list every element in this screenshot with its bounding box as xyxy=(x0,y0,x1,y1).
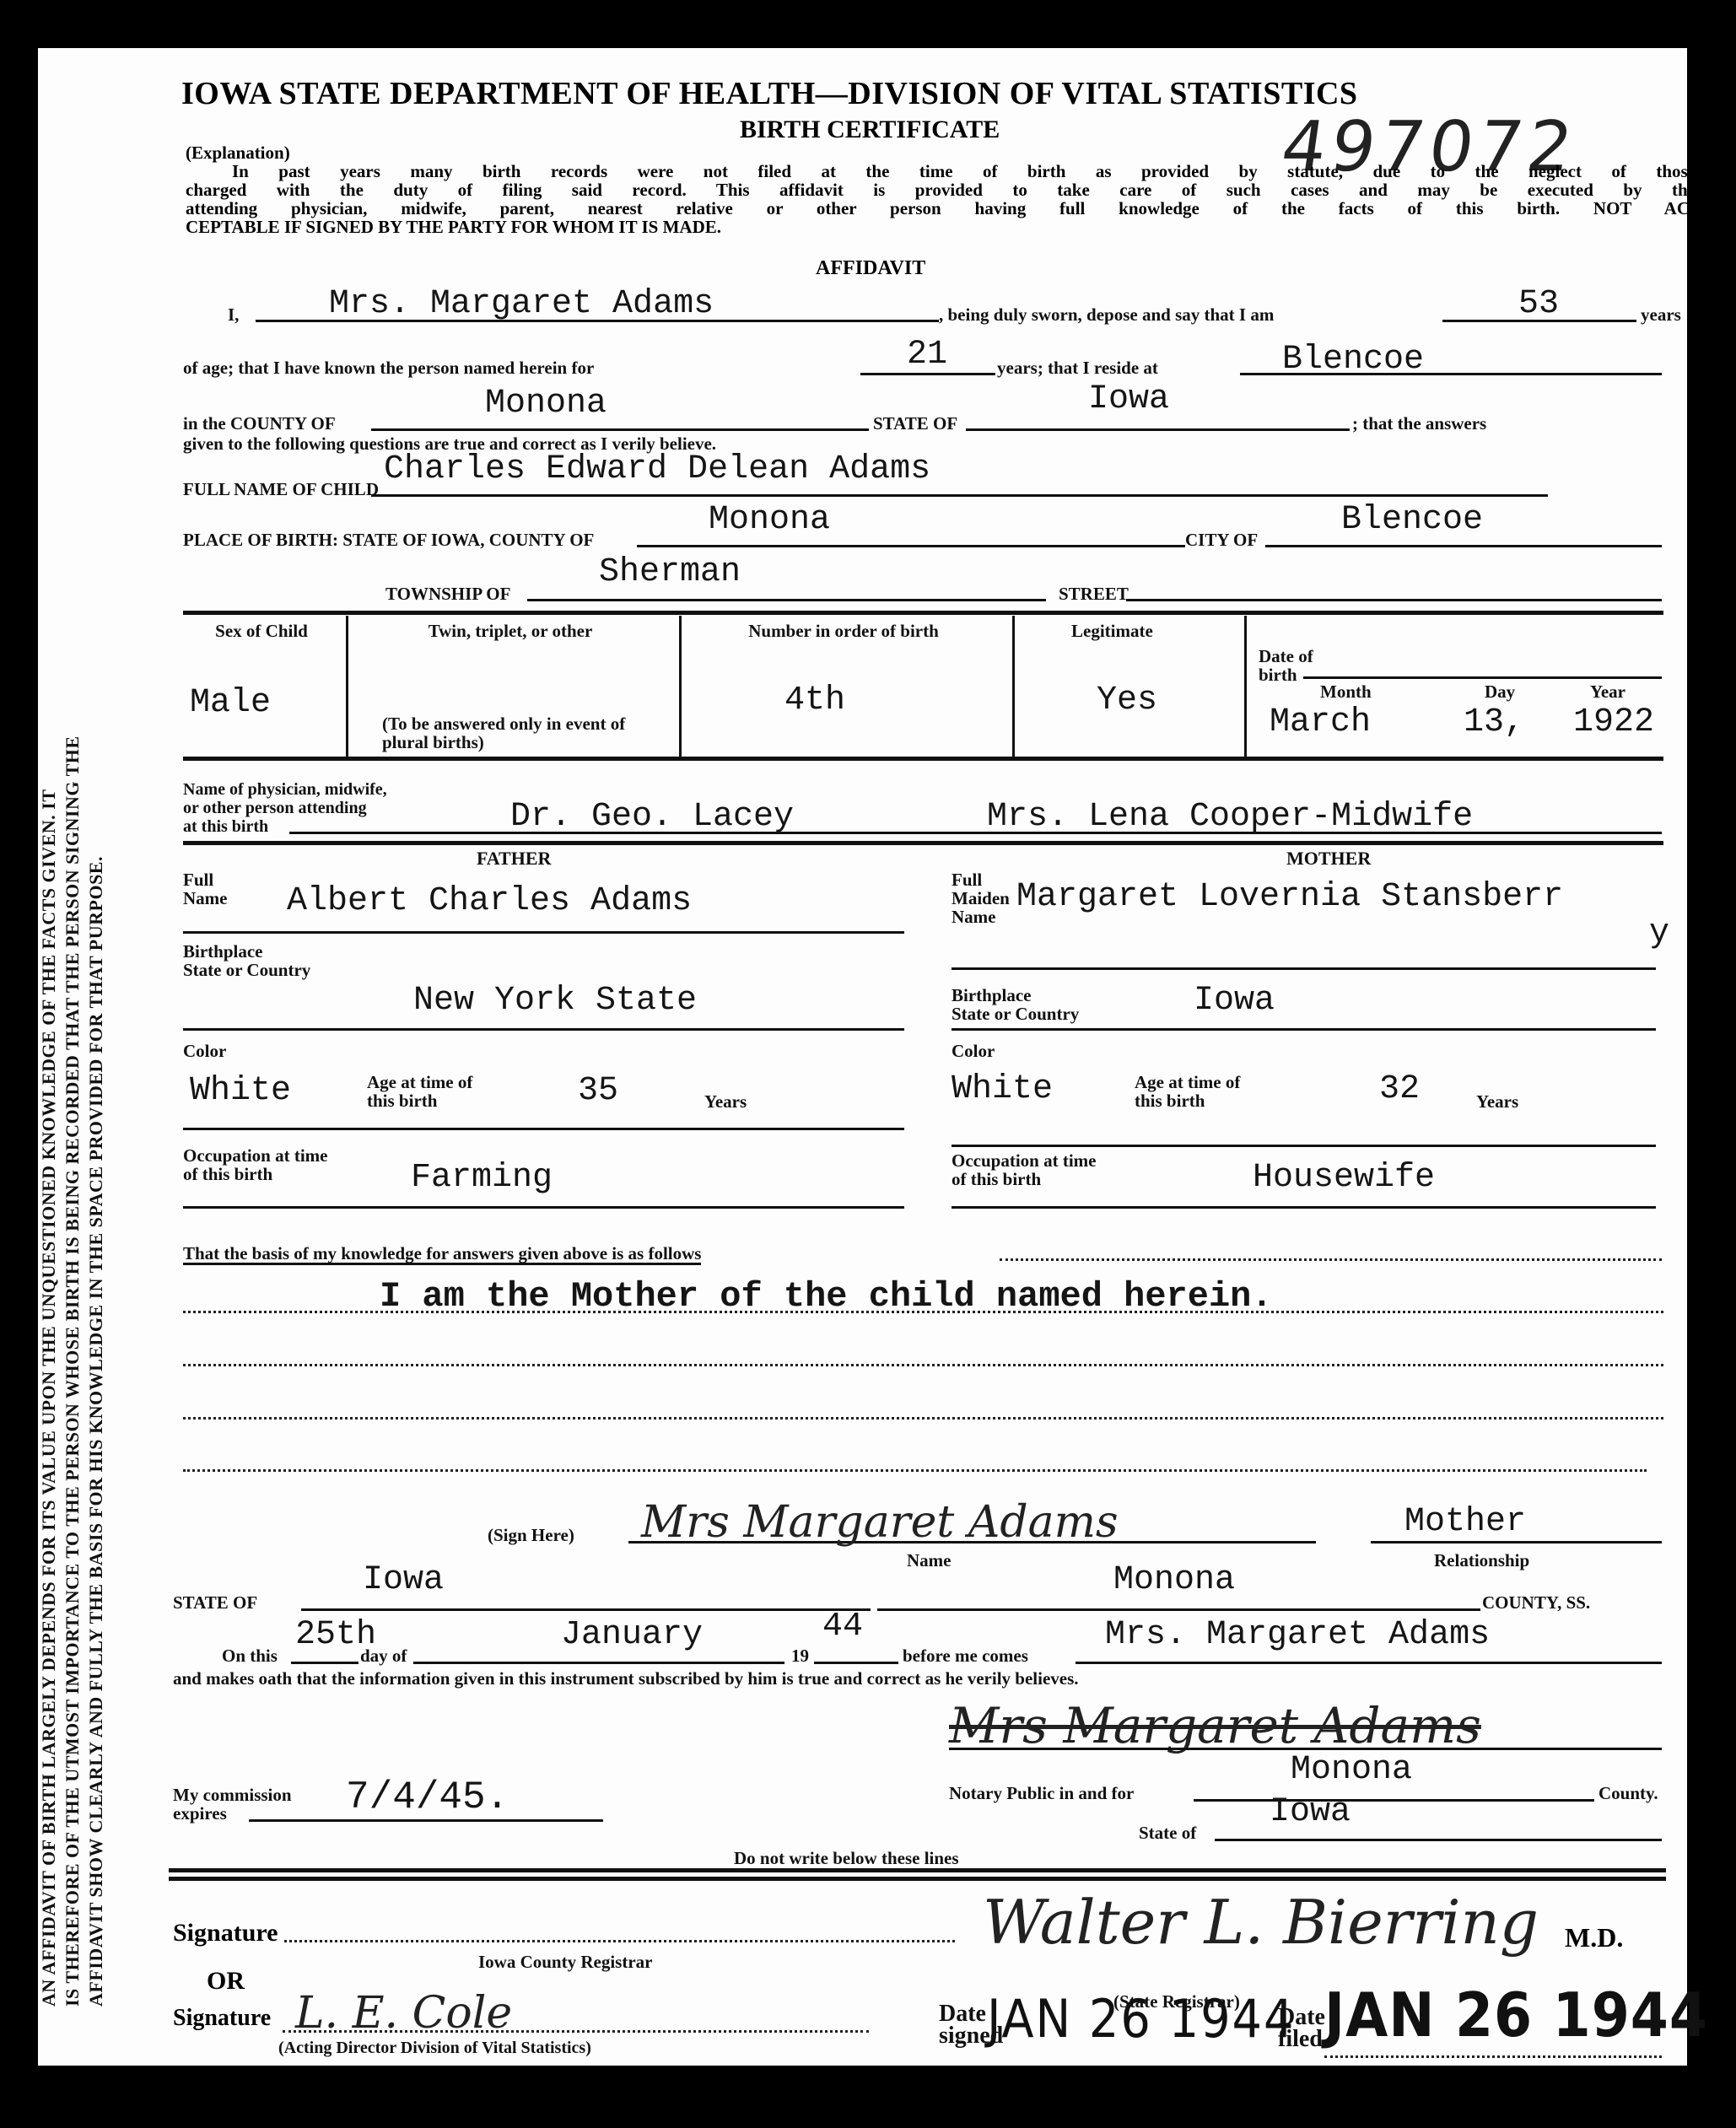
county-registrar-line xyxy=(284,1940,955,1942)
mother-occupation-line xyxy=(952,1206,1656,1209)
legitimate-field[interactable]: Yes xyxy=(1097,682,1157,719)
father-birthplace-field[interactable]: New York State xyxy=(413,983,697,1020)
residence-field[interactable]: Blencoe xyxy=(1282,342,1424,379)
father-name-field[interactable]: Albert Charles Adams xyxy=(287,883,692,920)
notary-month-field[interactable]: January xyxy=(561,1617,703,1654)
plural-note: (To be answered only in event of plural … xyxy=(382,714,660,752)
relationship-field[interactable]: Mother xyxy=(1404,1504,1526,1541)
before-me-label: before me comes xyxy=(903,1646,1028,1665)
city-line xyxy=(1265,545,1662,547)
birth-certificate-page: AN AFFIDAVIT OF BIRTH LARGELY DEPENDS FO… xyxy=(38,48,1687,2066)
table-bottom-border xyxy=(183,757,1663,761)
county-registrar-label: Iowa County Registrar xyxy=(478,1953,652,1971)
date-of-birth-line xyxy=(1303,676,1662,679)
affidavit-heading: AFFIDAVIT xyxy=(816,257,925,280)
answers-text: ; that the answers xyxy=(1352,414,1486,433)
father-age-field[interactable]: 35 xyxy=(578,1073,618,1110)
registrar-divider-2 xyxy=(169,1877,1666,1881)
reside-text: years; that I reside at xyxy=(997,358,1158,377)
notary-for-label: Notary Public in and for xyxy=(949,1784,1134,1802)
place-of-birth-label: PLACE OF BIRTH: STATE OF IOWA, COUNTY OF xyxy=(183,531,594,549)
father-color-label: Color xyxy=(183,1042,226,1060)
county-ss-label: COUNTY, SS. xyxy=(1482,1593,1590,1612)
township-field[interactable]: Sherman xyxy=(599,554,741,591)
month-field[interactable]: March xyxy=(1270,704,1371,741)
township-line xyxy=(527,599,1046,601)
mother-age-field[interactable]: 32 xyxy=(1379,1071,1420,1108)
page-title: IOWA STATE DEPARTMENT OF HEALTH—DIVISION… xyxy=(181,75,1358,112)
notary-county-field[interactable]: Monona xyxy=(1113,1562,1235,1599)
side-note-line-1: AN AFFIDAVIT OF BIRTH LARGELY DEPENDS FO… xyxy=(38,789,60,2007)
mother-years-label: Years xyxy=(1476,1092,1518,1111)
day-field[interactable]: 13, xyxy=(1464,704,1524,741)
notary-year-field[interactable]: 44 xyxy=(822,1608,863,1646)
years-known-field[interactable]: 21 xyxy=(907,337,947,374)
legitimate-label: Legitimate xyxy=(1071,622,1153,640)
date-filed-stamp: JAN 26 1944 xyxy=(1324,1980,1708,2050)
street-line xyxy=(1126,599,1662,601)
basis-text-field[interactable]: I am the Mother of the child named herei… xyxy=(380,1278,1273,1315)
day-line xyxy=(291,1662,359,1664)
plural-label: Twin, triplet, or other xyxy=(409,622,612,640)
physician-field[interactable]: Dr. Geo. Lacey xyxy=(510,799,794,836)
affiant-signature[interactable]: Mrs Margaret Adams xyxy=(641,1497,1119,1548)
basis-line-2 xyxy=(183,1364,1663,1366)
sign-here-label: (Sign Here) xyxy=(488,1526,574,1544)
basis-line-1 xyxy=(183,1311,1663,1313)
basis-line-4 xyxy=(183,1469,1647,1472)
notary-for-line xyxy=(1194,1799,1594,1802)
midwife-field[interactable]: Mrs. Lena Cooper-Midwife xyxy=(987,799,1473,836)
sex-label: Sex of Child xyxy=(186,622,337,640)
birth-order-field[interactable]: 4th xyxy=(784,682,845,719)
county-line xyxy=(371,428,869,431)
state-of-label: State of xyxy=(1139,1824,1196,1842)
father-birthplace-line xyxy=(183,1028,904,1031)
birth-county-line xyxy=(637,545,1185,547)
father-age-line xyxy=(183,1128,904,1130)
do-not-write-label: Do not write below these lines xyxy=(734,1849,959,1867)
father-name-line xyxy=(183,931,904,934)
name-label: Name xyxy=(907,1551,951,1570)
table-divider xyxy=(346,616,348,757)
date-filed-label: Date filed xyxy=(1278,2007,1325,2050)
commission-expires-field[interactable]: 7/4/45. xyxy=(346,1779,509,1816)
notary-county-for-field[interactable]: Monona xyxy=(1291,1752,1412,1789)
child-name-line xyxy=(371,494,1548,497)
city-field[interactable]: Blencoe xyxy=(1341,502,1483,539)
mother-birthplace-field[interactable]: Iowa xyxy=(1194,983,1275,1020)
month-label: Month xyxy=(1320,682,1372,701)
md-label: M.D. xyxy=(1565,1922,1623,1953)
state-registrar-signature[interactable]: Walter L. Bierring xyxy=(983,1887,1539,1958)
state-field[interactable]: Iowa xyxy=(1088,381,1169,418)
mother-occupation-field[interactable]: Housewife xyxy=(1253,1160,1435,1197)
county-suffix-label: County. xyxy=(1599,1784,1658,1802)
mother-occupation-label: Occupation at time of this birth xyxy=(952,1151,1096,1188)
date-filed-line xyxy=(1324,2055,1662,2058)
commission-line xyxy=(249,1819,603,1822)
appearer-field[interactable]: Mrs. Margaret Adams xyxy=(1105,1617,1490,1654)
mother-color-field[interactable]: White xyxy=(952,1071,1053,1108)
father-name-label: Full Name xyxy=(183,870,227,908)
father-occupation-line xyxy=(183,1206,904,1209)
signature2-label: Signature xyxy=(173,2005,271,2032)
year-field[interactable]: 1922 xyxy=(1573,704,1654,741)
street-label: STREET xyxy=(1059,585,1129,603)
state-of-line xyxy=(1215,1839,1662,1841)
notary-state-label: STATE OF xyxy=(173,1593,257,1612)
mother-heading: MOTHER xyxy=(1286,849,1371,868)
father-birthplace-label: Birthplace State or Country xyxy=(183,942,310,979)
notary-signature[interactable]: Mrs Margaret Adams xyxy=(949,1697,1481,1754)
side-note-line-3: AFFIDAVIT SHOW CLEARLY AND FULLY THE BAS… xyxy=(85,856,107,2007)
father-occupation-field[interactable]: Farming xyxy=(411,1160,553,1197)
table-divider xyxy=(679,616,682,757)
day-of-label: day of xyxy=(360,1646,407,1665)
mother-name-line xyxy=(952,967,1656,970)
birth-county-field[interactable]: Monona xyxy=(709,502,830,539)
state-line xyxy=(966,428,1350,431)
table-divider xyxy=(1244,616,1247,757)
basis-line-3 xyxy=(183,1417,1663,1420)
sex-field[interactable]: Male xyxy=(190,685,271,722)
notary-signature-line xyxy=(949,1748,1662,1750)
mother-birthplace-label: Birthplace State or Country xyxy=(952,986,1079,1023)
child-name-field[interactable]: Charles Edward Delean Adams xyxy=(384,451,930,488)
attendant-label: Name of physician, midwife, or other per… xyxy=(183,780,387,836)
mother-name-label: Full Maiden Name xyxy=(952,870,1010,926)
affiant-name-field[interactable]: Mrs. Margaret Adams xyxy=(329,286,714,323)
relationship-line xyxy=(1371,1541,1662,1543)
oath-text: and makes oath that the information give… xyxy=(173,1669,1079,1688)
page-subtitle: BIRTH CERTIFICATE xyxy=(740,116,1000,144)
mother-name-field[interactable]: Margaret Lovernia Stansberr xyxy=(1016,879,1563,916)
acting-director-label: (Acting Director Division of Vital Stati… xyxy=(278,2039,591,2057)
years-label: years xyxy=(1641,305,1681,324)
table-top-border xyxy=(183,611,1663,615)
side-note: AN AFFIDAVIT OF BIRTH LARGELY DEPENDS FO… xyxy=(30,48,139,2066)
notary-state-of-field[interactable]: Iowa xyxy=(1270,1794,1351,1831)
side-note-line-2: IS THEREFORE OF THE UTMOST IMPORTANCE TO… xyxy=(62,735,84,2007)
affidavit-i-label: I, xyxy=(228,305,239,324)
sworn-text: , being duly sworn, depose and say that … xyxy=(939,305,1274,324)
mother-birthplace-line xyxy=(952,1028,1656,1031)
state-label: STATE OF xyxy=(873,414,957,433)
acting-director-signature[interactable]: L. E. Cole xyxy=(295,1988,512,2039)
year-prefix-label: 19 xyxy=(791,1646,809,1665)
notary-state-field[interactable]: Iowa xyxy=(363,1562,444,1599)
notary-year-line xyxy=(814,1662,898,1664)
date-signed-stamp: JAN 26 1944 xyxy=(987,1988,1296,2050)
father-occupation-label: Occupation at time of this birth xyxy=(183,1146,327,1183)
father-heading: FATHER xyxy=(477,849,551,868)
explanation-text: In past years many birth records were no… xyxy=(186,162,1696,236)
year-label: Year xyxy=(1590,682,1625,701)
county-label: in the COUNTY OF xyxy=(183,414,336,433)
affiant-age-field[interactable]: 53 xyxy=(1518,286,1559,323)
father-age-label: Age at time of this birth xyxy=(367,1073,472,1110)
mother-age-line xyxy=(952,1145,1656,1147)
appearer-line xyxy=(1076,1662,1662,1664)
city-label: CITY OF xyxy=(1185,531,1258,549)
mother-name-overflow: y xyxy=(1649,915,1669,952)
table-divider xyxy=(1012,616,1015,757)
mother-color-label: Color xyxy=(952,1042,995,1060)
birth-order-label: Number in order of birth xyxy=(747,622,941,640)
notary-state-line xyxy=(301,1608,871,1611)
notary-county-line xyxy=(877,1608,1480,1611)
mother-age-label: Age at time of this birth xyxy=(1135,1073,1240,1110)
registrar-divider-1 xyxy=(169,1868,1666,1872)
township-label: TOWNSHIP OF xyxy=(385,585,510,603)
day-label: Day xyxy=(1485,682,1515,701)
basis-dotted-line xyxy=(1000,1258,1662,1261)
relationship-label: Relationship xyxy=(1434,1551,1529,1570)
father-color-field[interactable]: White xyxy=(190,1073,291,1110)
basis-label: That the basis of my knowledge for answe… xyxy=(183,1244,701,1265)
on-this-label: On this xyxy=(222,1646,278,1665)
child-name-label: FULL NAME OF CHILD xyxy=(183,480,379,498)
or-label: OR xyxy=(207,1967,245,1996)
commission-label: My commission expires xyxy=(173,1786,292,1823)
attendant-bottom-border xyxy=(183,841,1663,845)
known-prefix: of age; that I have known the person nam… xyxy=(183,358,594,377)
month-line xyxy=(413,1662,784,1664)
signature-label: Signature xyxy=(173,1919,278,1948)
father-years-label: Years xyxy=(704,1092,747,1111)
county-field[interactable]: Monona xyxy=(485,385,607,423)
